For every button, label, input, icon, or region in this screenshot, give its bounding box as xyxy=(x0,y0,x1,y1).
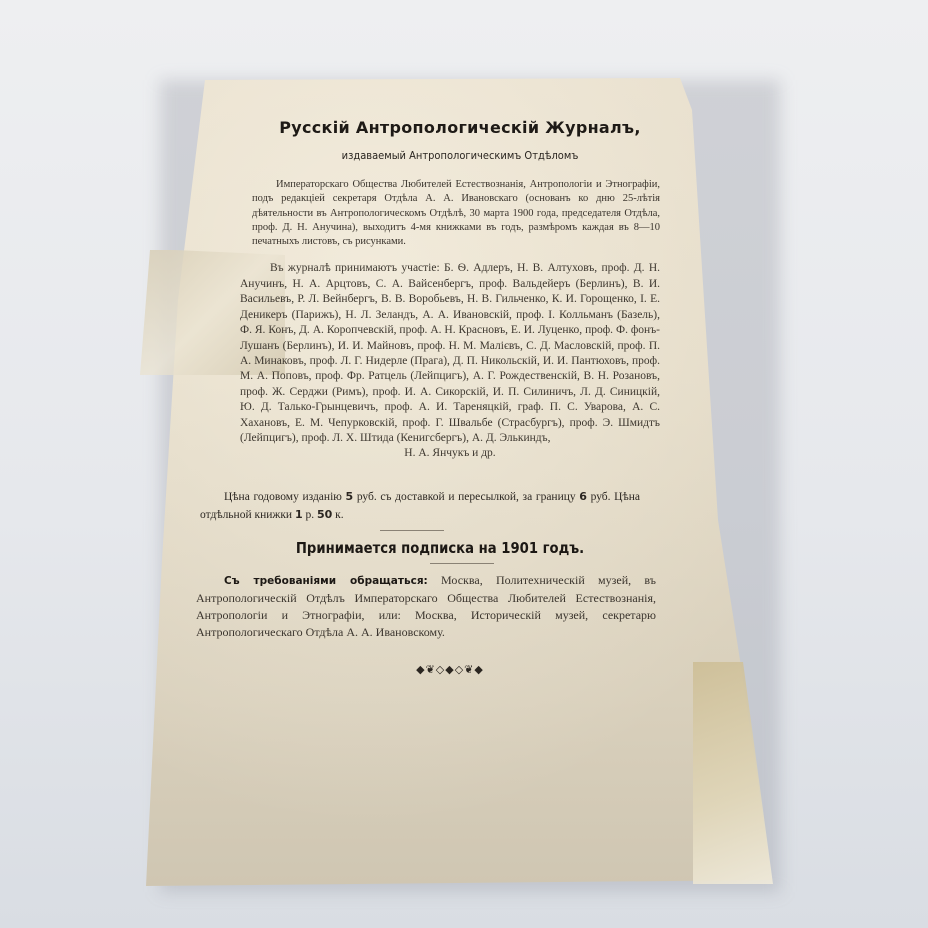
requests-paragraph: Съ требованіями обращаться: Москва, Поли… xyxy=(196,572,656,641)
single-price-kop: 50 xyxy=(317,508,332,521)
intro-paragraph: Императорскаго Общества Любителей Естест… xyxy=(240,178,660,249)
subscription-heading: Принимается подписка на 1901 годъ. xyxy=(246,539,633,557)
participants-list: Въ журналѣ принимаютъ участіе: Б. Ѳ. Адл… xyxy=(240,262,660,443)
price-text: к. xyxy=(332,509,343,521)
participants-last: Н. А. Янчукъ и др. xyxy=(240,446,660,461)
price-text: руб. съ доставкой и пересылкой, за грани… xyxy=(353,491,579,503)
ornament-icon: ◆❦◇◆◇❦◆ xyxy=(390,663,510,676)
price-text: Цѣна годовому изданію xyxy=(224,491,346,503)
journal-title: Русскій Антропологическій Журналъ, xyxy=(260,118,660,137)
page-content: Русскій Антропологическій Журналъ, издав… xyxy=(240,118,660,676)
single-price-rub: 1 xyxy=(295,508,303,521)
journal-subtitle: издаваемый Антропологическимъ Отдѣломъ xyxy=(280,149,640,162)
price-paragraph: Цѣна годовому изданію 5 руб. съ доставко… xyxy=(200,488,640,524)
divider xyxy=(430,563,494,564)
price-text: р. xyxy=(303,509,317,521)
divider xyxy=(380,530,444,531)
participants-paragraph: Въ журналѣ принимаютъ участіе: Б. Ѳ. Адл… xyxy=(240,261,660,461)
abroad-price: 6 xyxy=(579,490,587,503)
requests-lead: Съ требованіями обращаться: xyxy=(224,575,428,587)
